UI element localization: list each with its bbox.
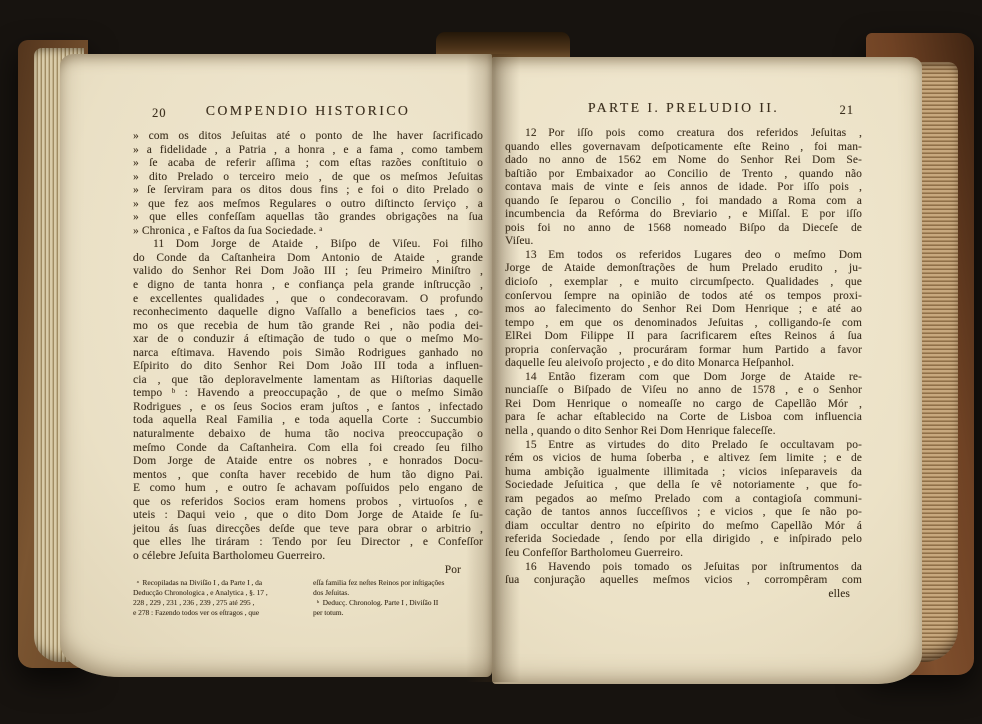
text-line: ElRei Dom Filippe II para ſacrificarem e… bbox=[505, 330, 862, 344]
right-page-header: PARTE I. PRELUDIO II. 21 bbox=[505, 100, 862, 121]
text-line: valido do Senhor Rei Dom João III ; ſeu … bbox=[133, 265, 483, 279]
left-catchword: Por bbox=[133, 564, 483, 578]
text-line: rém os vicios de huma ſoberba , e altive… bbox=[505, 452, 862, 466]
text-line: Jorge de Ataide demonſtrações de hum Pre… bbox=[505, 262, 862, 276]
text-line: Rodrigues , e os ſeus Socios eram juſtos… bbox=[133, 401, 483, 415]
right-catchword: elles bbox=[505, 588, 862, 602]
text-line: » Chronica , e Faſtos da ſua Sociedade. … bbox=[133, 225, 483, 239]
book-photograph: 20 COMPENDIO HISTORICO » com os ditos Je… bbox=[0, 0, 982, 724]
text-line: e digno de tanta honra , e confiança pel… bbox=[133, 279, 483, 293]
paragraph-12: 12 Por iſſo pois como creatura dos refer… bbox=[505, 127, 862, 249]
text-line: para ſe achar eſtablecido na Corte de Li… bbox=[505, 411, 862, 425]
text-line: nella , quando o dito Senhor Rei Dom Hen… bbox=[505, 425, 862, 439]
text-line: » dito Prelado o terceiro meio , de que … bbox=[133, 171, 483, 185]
text-line: incumbencia da Refórma do Breviario , e … bbox=[505, 208, 862, 222]
text-line: 228 , 229 , 231 , 236 , 239 , 275 até 29… bbox=[133, 598, 303, 608]
text-line: dicioſo , exemplar , e muito circumſpect… bbox=[505, 276, 862, 290]
text-line: » com os ditos Jeſuitas até o ponto de l… bbox=[133, 130, 483, 144]
text-line: Sociedade Jeſuitica , que della ſe vê no… bbox=[505, 479, 862, 493]
text-line: referida Sociedade , ſendo por ella diri… bbox=[505, 533, 862, 547]
text-line: mentos , que conſta haver recebido de hu… bbox=[133, 469, 483, 483]
paragraph-16: 16 Havendo pois tomado os Jeſuitas por i… bbox=[505, 561, 862, 588]
text-line: narca eſtimava. Havendo pois Simão Rodri… bbox=[133, 347, 483, 361]
text-line: nunciaſſe o Biſpado de Viſeu no anno de … bbox=[505, 384, 862, 398]
text-line: propria conſervação , procuráram formar … bbox=[505, 344, 862, 358]
text-line: jeitou ás ſuas direcções deſde que teve … bbox=[133, 523, 483, 537]
text-line: conſervou ſempre na opinião de todos até… bbox=[505, 290, 862, 304]
text-line: uteis : Daqui veio , que o dito Dom Jorg… bbox=[133, 509, 483, 523]
text-line: 16 Havendo pois tomado os Jeſuitas por i… bbox=[505, 561, 862, 575]
footnote-column-1: ᵃ Recopiladas na Diviſão I , da Parte I … bbox=[133, 578, 303, 618]
text-line: ſeu Confeſſor Bartholomeu Guerreiro. bbox=[505, 547, 862, 561]
text-line: 15 Entre as virtudes do dito Prelado ſe … bbox=[505, 439, 862, 453]
text-line: tempo , em que os denominados Jeſuitas ,… bbox=[505, 317, 862, 331]
text-line: Eſpirito do dito Senhor Rei Dom João III… bbox=[133, 360, 483, 374]
paragraph-14: 14 Então fizeram com que Dom Jorge de At… bbox=[505, 371, 862, 439]
text-line: 11 Dom Jorge de Ataide , Biſpo de Viſeu.… bbox=[133, 238, 483, 252]
text-line: cia , que tão deploravelmente lamentam a… bbox=[133, 374, 483, 388]
text-line: dado no anno de 1562 em Nome do Senhor R… bbox=[505, 154, 862, 168]
text-line: E como hum , e outro ſe achavam poſſuido… bbox=[133, 482, 483, 496]
text-line: meſmo Conde da Caſtanheira. Com ella foi… bbox=[133, 442, 483, 456]
text-line: do Conde da Caſtanheira Dom Antonio de A… bbox=[133, 252, 483, 266]
text-line: » que elles confeſſam aquellas tão grand… bbox=[133, 211, 483, 225]
right-page-number: 21 bbox=[840, 103, 855, 118]
text-line: » que fez aos meſmos Regulares o outro d… bbox=[133, 198, 483, 212]
text-line: quando elles governavam deſpoticamente e… bbox=[505, 141, 862, 155]
text-line: o célebre Jeſuita Bartholomeu Guerreiro. bbox=[133, 550, 483, 564]
paragraph-13: 13 Em todos os referidos Lugares deo o m… bbox=[505, 249, 862, 371]
text-line: que os referidos Socios eram homens prob… bbox=[133, 496, 483, 510]
text-line: que elles lhe tiráram : Tendo por ſeu Di… bbox=[133, 536, 483, 550]
text-line: ram pegados ao meſmo Prelado com a conta… bbox=[505, 493, 862, 507]
text-line: daquelle ſeu aleivoſo projecto , e do di… bbox=[505, 357, 862, 371]
left-page-header: 20 COMPENDIO HISTORICO bbox=[133, 103, 483, 124]
text-line: mos ao falecimento do Senhor Rei Dom Hen… bbox=[505, 303, 862, 317]
text-line: » a fidelidade , a Patria , a honra , e … bbox=[133, 144, 483, 158]
text-line: mo os que recebia de hum tão grande Rei … bbox=[133, 320, 483, 334]
left-page-text: 20 COMPENDIO HISTORICO » com os ditos Je… bbox=[133, 103, 483, 618]
text-line: diam occultar dentro no eſpirito do meſm… bbox=[505, 520, 862, 534]
text-line: ſua conjuração aquelles meſmos vicios , … bbox=[505, 574, 862, 588]
text-line: naturalmente debaixo de huma tão nociva … bbox=[133, 428, 483, 442]
text-line: eſſa familia fez neſtes Reinos por inſti… bbox=[313, 578, 483, 588]
text-line: toda aquella Real Familia , e toda aquel… bbox=[133, 414, 483, 428]
text-line: huma ambição igualmente illimitada ; vic… bbox=[505, 466, 862, 480]
text-line: cação de tantos annos ſucceſſivos ; e vi… bbox=[505, 506, 862, 520]
paragraph-15: 15 Entre as virtudes do dito Prelado ſe … bbox=[505, 439, 862, 561]
text-line: quando ſe ſeparou o Concilio , foi manda… bbox=[505, 195, 862, 209]
text-line: 14 Então fizeram com que Dom Jorge de At… bbox=[505, 371, 862, 385]
text-line: Rei Dom Henrique o nomeaſſe no cargo de … bbox=[505, 398, 862, 412]
footnotes: ᵃ Recopiladas na Diviſão I , da Parte I … bbox=[133, 578, 483, 618]
left-running-title: COMPENDIO HISTORICO bbox=[133, 103, 483, 119]
text-line: contava mais de vinte e ſeis annos de id… bbox=[505, 181, 862, 195]
right-running-title: PARTE I. PRELUDIO II. bbox=[505, 100, 862, 116]
text-line: ᵇ Deducç. Chronolog. Parte I , Diviſão I… bbox=[313, 598, 483, 608]
text-line: e 278 : Fazendo todos ver os eſtragos , … bbox=[133, 608, 303, 618]
paragraph-11: 11 Dom Jorge de Ataide , Biſpo de Viſeu.… bbox=[133, 238, 483, 563]
text-line: tempo ᵇ : Havendo a preoccupação , de qu… bbox=[133, 387, 483, 401]
text-line: » ſe ſerviram para os ditos dous fins ; … bbox=[133, 184, 483, 198]
text-line: e excellentes qualidades , que o condeco… bbox=[133, 293, 483, 307]
quote-block: » com os ditos Jeſuitas até o ponto de l… bbox=[133, 130, 483, 238]
text-line: pois foi no anno de 1568 nomeado Biſpo d… bbox=[505, 222, 862, 236]
text-line: ᵃ Recopiladas na Diviſão I , da Parte I … bbox=[133, 578, 303, 588]
text-line: baſtião por Embaixador ao Concilio de Tr… bbox=[505, 168, 862, 182]
footnote-column-2: eſſa familia fez neſtes Reinos por inſti… bbox=[313, 578, 483, 618]
text-line: Deducção Chronologica , e Analytica , §.… bbox=[133, 588, 303, 598]
text-line: dos Jeſuitas. bbox=[313, 588, 483, 598]
text-line: 13 Em todos os referidos Lugares deo o m… bbox=[505, 249, 862, 263]
right-page-text: PARTE I. PRELUDIO II. 21 12 Por iſſo poi… bbox=[505, 100, 862, 601]
text-line: 12 Por iſſo pois como creatura dos refer… bbox=[505, 127, 862, 141]
text-line: xar de o conduzir á eſtimação de tudo o … bbox=[133, 333, 483, 347]
text-line: Dom Jorge de Ataide entre os nobres , e … bbox=[133, 455, 483, 469]
text-line: per totum. bbox=[313, 608, 483, 618]
text-line: reconhecimento daquelle digno Vaſſallo a… bbox=[133, 306, 483, 320]
text-line: Viſeu. bbox=[505, 235, 862, 249]
text-line: » ſe acaba de referir aſſima ; com eſtas… bbox=[133, 157, 483, 171]
